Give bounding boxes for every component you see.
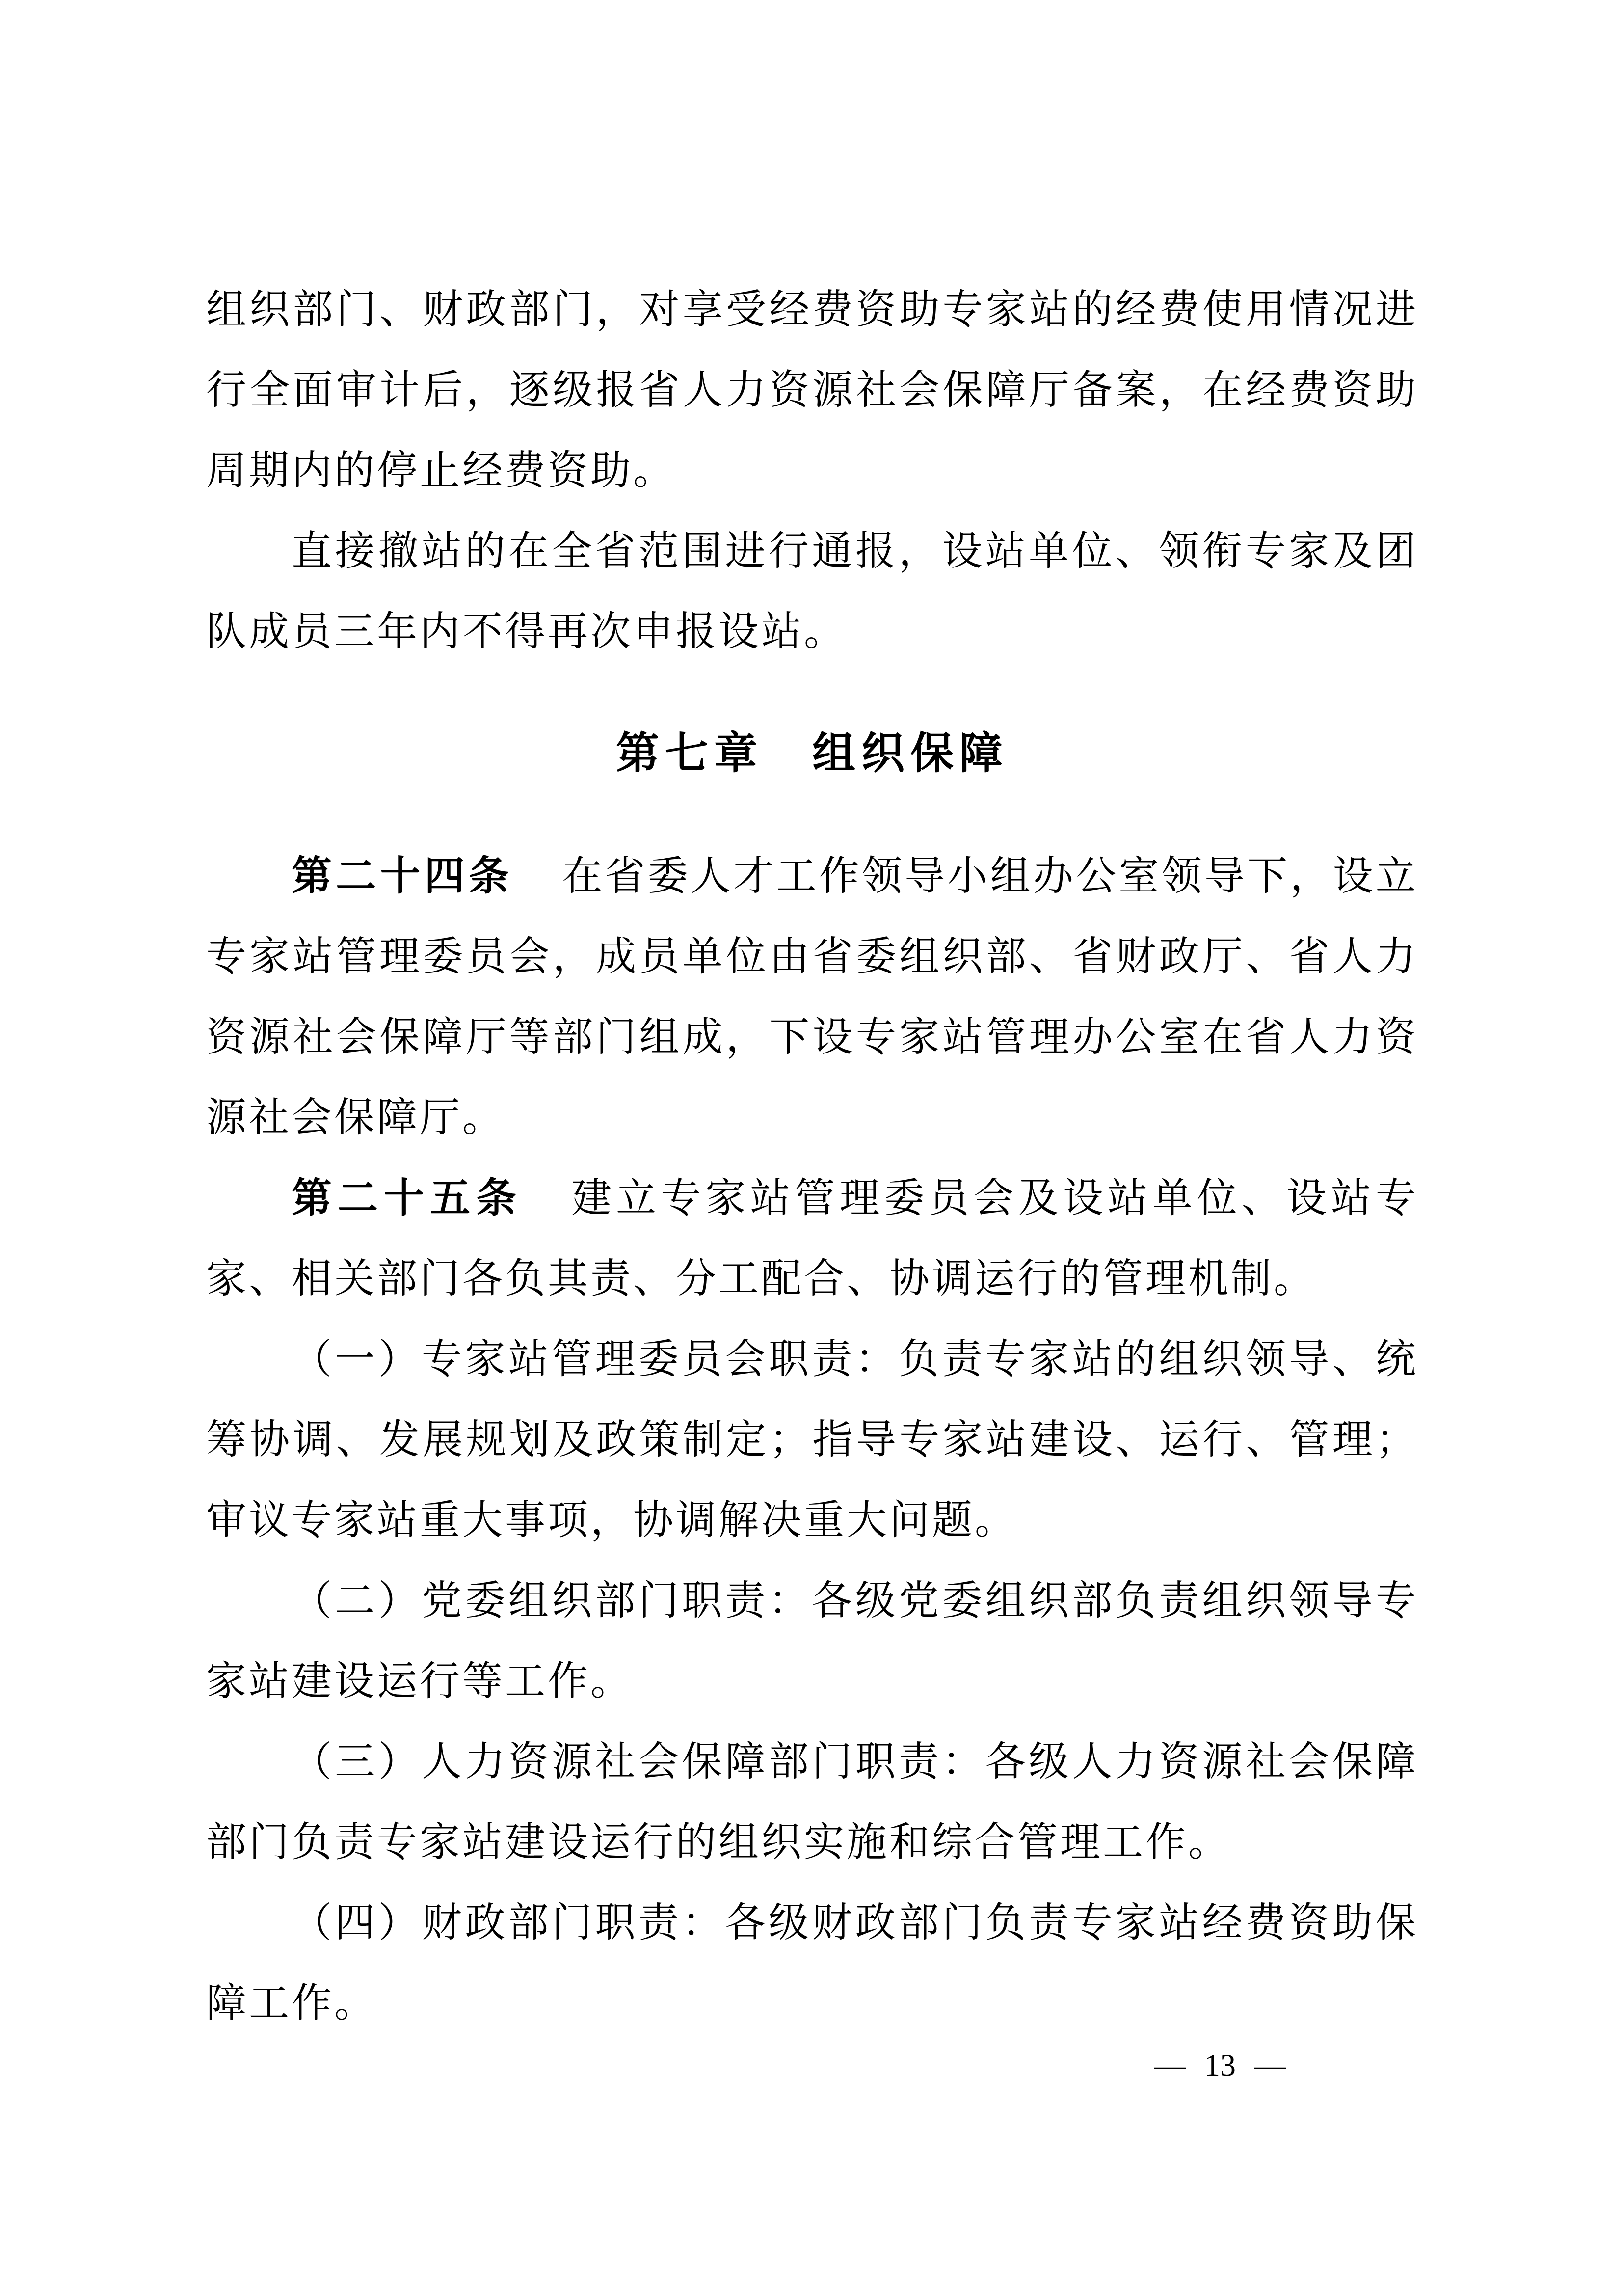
article-number-lead: 第二十四条	[292, 854, 513, 898]
paragraph: （四）财政部门职责：各级财政部门负责专家站经费资助保障工作。	[206, 1883, 1418, 2044]
chapter-heading: 第七章 组织保障	[206, 714, 1418, 794]
document-page: 组织部门、财政部门，对享受经费资助专家站的经费使用情况进行全面审计后，逐级报省人…	[0, 0, 1623, 2296]
footer-dash-left: —	[1154, 2048, 1186, 2082]
paragraph: 直接撤站的在全省范围进行通报，设站单位、领衔专家及团队成员三年内不得再次申报设站…	[206, 511, 1418, 672]
page-footer: — 13 —	[1154, 2048, 1286, 2082]
paragraph: 组织部门、财政部门，对享受经费资助专家站的经费使用情况进行全面审计后，逐级报省人…	[206, 270, 1418, 511]
document-body: 组织部门、财政部门，对享受经费资助专家站的经费使用情况进行全面审计后，逐级报省人…	[206, 270, 1418, 2044]
paragraph: （三）人力资源社会保障部门职责：各级人力资源社会保障部门负责专家站建设运行的组织…	[206, 1722, 1418, 1883]
page-number: 13	[1204, 2048, 1236, 2082]
footer-dash-right: —	[1254, 2048, 1286, 2082]
paragraph: 第二十五条建立专家站管理委员会及设站单位、设站专家、相关部门各负其责、分工配合、…	[206, 1158, 1418, 1319]
article-number-lead: 第二十五条	[292, 1176, 522, 1220]
paragraph: （二）党委组织部门职责：各级党委组织部负责组织领导专家站建设运行等工作。	[206, 1561, 1418, 1722]
paragraph: （一）专家站管理委员会职责：负责专家站的组织领导、统筹协调、发展规划及政策制定；…	[206, 1319, 1418, 1561]
paragraph: 第二十四条在省委人才工作领导小组办公室领导下，设立专家站管理委员会，成员单位由省…	[206, 836, 1418, 1158]
